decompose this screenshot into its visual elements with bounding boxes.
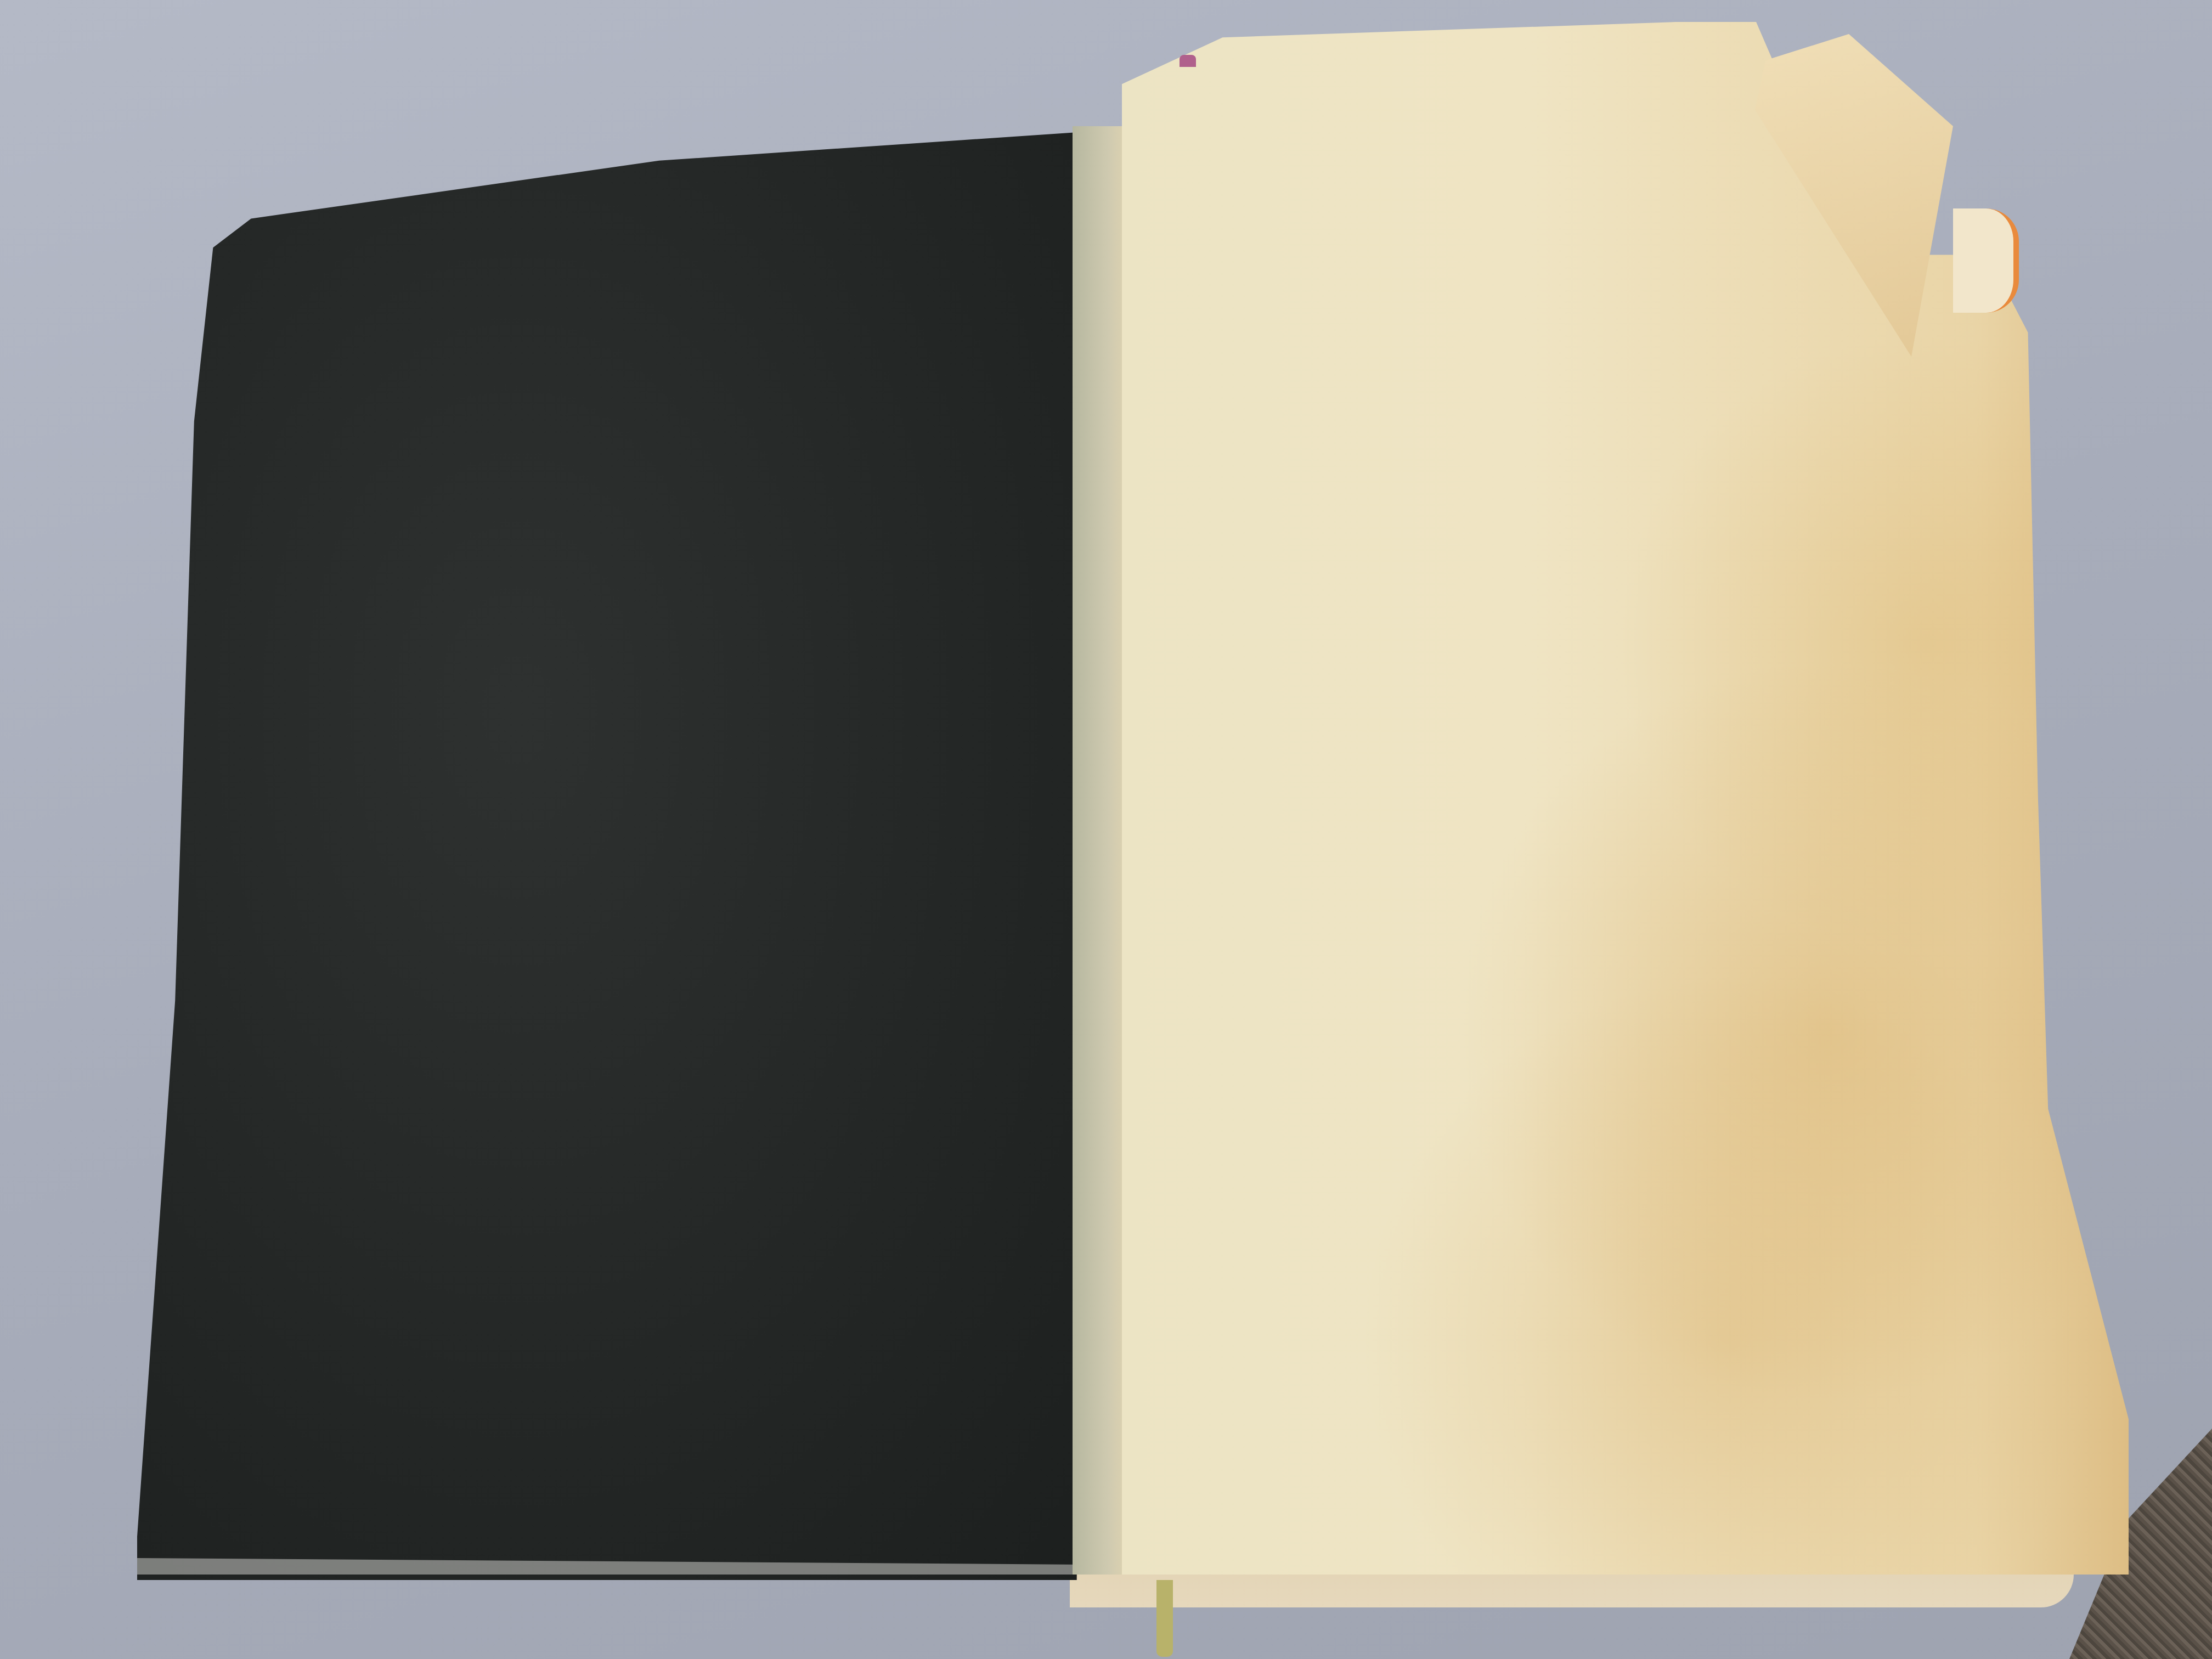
page-tab [1953,208,2019,313]
book-inside-cover [137,132,1086,1580]
bookmark-top [1180,55,1196,67]
ribbon-bookmark [1156,1580,1173,1657]
photo-scene [0,0,2212,1659]
